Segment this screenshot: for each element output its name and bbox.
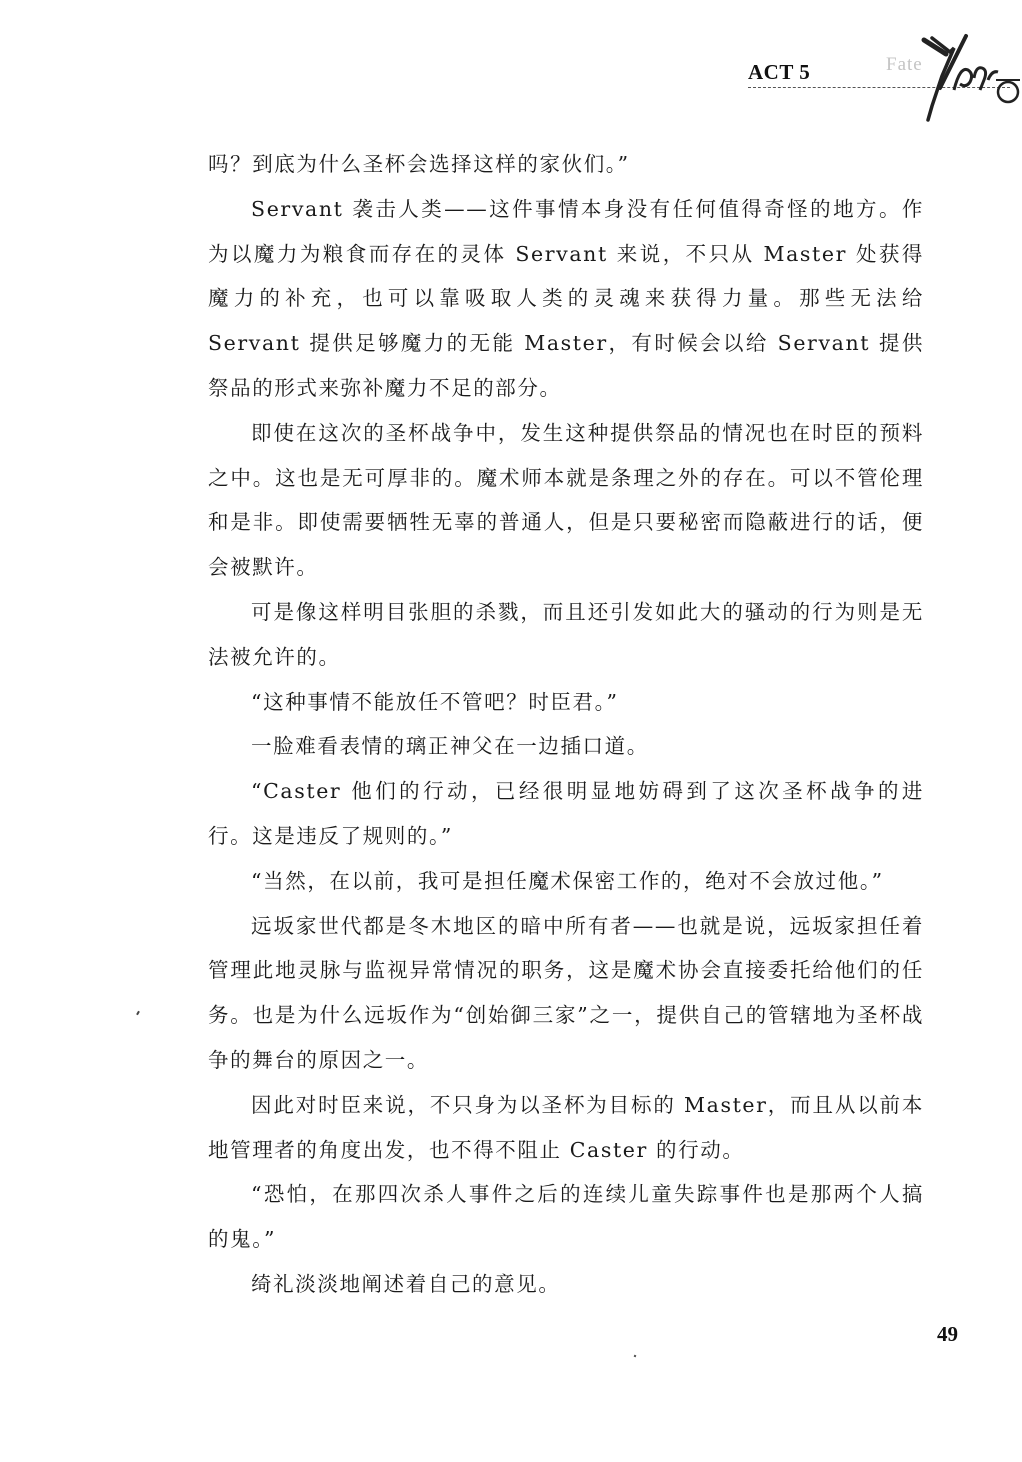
paragraph: 因此对时臣来说，不只身为以圣杯为目标的 Master，而且从以前本地管理者的角度… — [208, 1083, 924, 1173]
paragraph: 即使在这次的圣杯战争中，发生这种提供祭品的情况也在时臣的预料之中。这也是无可厚非… — [208, 411, 924, 590]
paragraph: 绮礼淡淡地阐述着自己的意见。 — [208, 1262, 924, 1307]
paragraph: “恐怕，在那四次杀人事件之后的连续儿童失踪事件也是那两个人搞的鬼。” — [208, 1172, 924, 1262]
paragraph: “这种事情不能放任不管吧？时臣君。” — [208, 680, 924, 725]
paragraph: 可是像这样明目张胆的杀戮，而且还引发如此大的骚动的行为则是无法被允许的。 — [208, 590, 924, 680]
scan-speck — [136, 1011, 140, 1015]
paragraph: Servant 袭击人类——这件事情本身没有任何值得奇怪的地方。作为以魔力为粮食… — [208, 187, 924, 411]
paragraph: 吗？到底为什么圣杯会选择这样的家伙们。” — [208, 142, 924, 187]
paragraph: “当然，在以前，我可是担任魔术保密工作的，绝对不会放过他。” — [208, 859, 924, 904]
svg-text:Fate: Fate — [886, 54, 923, 75]
page-number: 49 — [937, 1322, 958, 1347]
paragraph: “Caster 他们的行动，已经很明显地妨碍到了这次圣杯战争的进行。这是违反了规… — [208, 769, 924, 859]
body-text: 吗？到底为什么圣杯会选择这样的家伙们。” Servant 袭击人类——这件事情本… — [208, 142, 924, 1307]
paragraph: 远坂家世代都是冬木地区的暗中所有者——也就是说，远坂家担任着管理此地灵脉与监视异… — [208, 904, 924, 1083]
paragraph: 一脸难看表情的璃正神父在一边插口道。 — [208, 724, 924, 769]
scan-speck — [634, 1355, 637, 1358]
running-header: ACT 5 Fate/Zero Fate — [748, 58, 1022, 130]
fate-zero-logo-icon: Fate — [880, 18, 1020, 128]
section-label: ACT 5 — [748, 60, 810, 85]
